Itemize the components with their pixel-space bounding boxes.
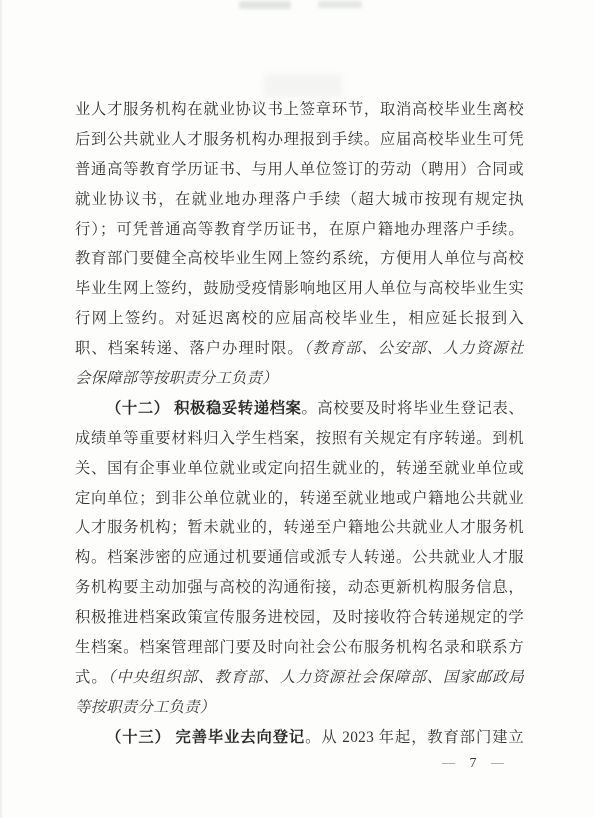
text-line: 就业协议书，在就业地办理落户手续（超大城市按现有规定执 [75,185,524,215]
text-segment: 就业协议书，在就业地办理落户手续（超大城市按现有规定执 [75,191,524,208]
text-line: 行）；可凭普通高等教育学历证书，在原户籍地办理落户手续。 [75,215,524,245]
text-segment: 行网上签约。对延迟离校的应届高校毕业生，相应延长报到入 [75,310,524,327]
scan-edge-shadow [0,0,3,818]
text-segment: 人才服务机构；暂未就业的，转递至户籍地公共就业人才服务机 [75,519,524,536]
text-line: 式。（中央组织部、教育部、人力资源社会保障部、国家邮政局 [75,663,524,693]
text-segment: 关、国有企事业单位就业或定向招生就业的，转递至就业单位或 [75,460,524,477]
text-segment: 构。档案涉密的应通过机要通信或派专人转递。公共就业人才服 [75,549,524,566]
text-line: 普通高等教育学历证书、与用人单位签订的劳动（聘用）合同或 [75,155,524,185]
text-line: 职、档案转递、落户办理时限。（教育部、公安部、人力资源社 [75,334,524,364]
text-segment: （中央组织部、教育部、人力资源社会保障部、国家邮政局 [108,669,524,686]
text-segment: 成绩单等重要材料归入学生档案，按照有关规定有序转递。到机 [75,430,524,447]
text-line: 成绩单等重要材料归入学生档案，按照有关规定有序转递。到机 [75,424,524,454]
scan-artifact [318,1,362,8]
text-segment: 式。 [75,669,108,686]
text-segment: 定向单位；到非公单位就业的，转递至就业地或户籍地公共就业 [75,490,524,507]
text-line: 关、国有企事业单位就业或定向招生就业的，转递至就业单位或 [75,454,524,484]
text-segment: 职、档案转递、落户办理时限。 [75,340,304,357]
scanned-document-page: 业人才服务机构在就业协议书上签章环节，取消高校毕业生离校后到公共就业人才服务机构… [0,0,595,818]
text-segment: 业人才服务机构在就业协议书上签章环节，取消高校毕业生离校 [75,101,524,118]
text-line: 行网上签约。对延迟离校的应届高校毕业生，相应延长报到入 [75,304,524,334]
text-segment: （教育部、公安部、人力资源社 [304,340,524,357]
text-line: 会保障部等按职责分工负责） [75,364,524,394]
text-segment: （十二） 积极稳妥转递档案 [106,400,301,417]
text-line: 后到公共就业人才服务机构办理报到手续。应届高校毕业生可凭 [75,125,524,155]
text-segment: 行）；可凭普通高等教育学历证书，在原户籍地办理落户手续。 [75,221,524,238]
page-footer: — 7 — [442,753,504,773]
scan-artifact [239,1,291,9]
text-segment: 生档案。档案管理部门要及时向社会公布服务机构名录和联系方 [75,639,524,656]
text-line: 构。档案涉密的应通过机要通信或派专人转递。公共就业人才服 [75,543,524,573]
text-line: （十二） 积极稳妥转递档案。高校要及时将毕业生登记表、 [75,394,524,424]
text-line: 务机构要主动加强与高校的沟通衔接，动态更新机构服务信息， [75,573,524,603]
text-line: 积极推进档案政策宣传服务进校园，及时接收符合转递规定的学 [75,603,524,633]
text-segment: 积极推进档案政策宣传服务进校园，及时接收符合转递规定的学 [75,609,524,626]
text-segment: 后到公共就业人才服务机构办理报到手续。应届高校毕业生可凭 [75,131,524,148]
text-segment: 。高校要及时将毕业生登记表、 [301,400,524,417]
text-segment: （十三） 完善毕业去向登记 [106,729,305,746]
text-segment: 务机构要主动加强与高校的沟通衔接，动态更新机构服务信息， [75,579,524,596]
text-segment: 等按职责分工负责） [75,699,215,716]
text-line: （十三） 完善毕业去向登记。从 2023 年起，教育部门建立高 [75,723,524,753]
text-line: 教育部门要健全高校毕业生网上签约系统，方便用人单位与高校 [75,244,524,274]
text-segment: 会保障部等按职责分工负责） [75,370,278,387]
footer-dash-left: — [442,757,455,770]
text-line: 生档案。档案管理部门要及时向社会公布服务机构名录和联系方 [75,633,524,663]
page-number: 7 [470,755,477,771]
footer-dash-right: — [491,757,504,770]
text-line: 人才服务机构；暂未就业的，转递至户籍地公共就业人才服务机 [75,513,524,543]
text-line: 等按职责分工负责） [75,693,524,723]
text-block: 业人才服务机构在就业协议书上签章环节，取消高校毕业生离校后到公共就业人才服务机构… [75,95,524,753]
text-segment: 教育部门要健全高校毕业生网上签约系统，方便用人单位与高校 [75,250,524,267]
text-line: 业人才服务机构在就业协议书上签章环节，取消高校毕业生离校 [75,95,524,125]
text-line: 毕业生网上签约，鼓励受疫情影响地区用人单位与高校毕业生实 [75,274,524,304]
text-segment: 普通高等教育学历证书、与用人单位签订的劳动（聘用）合同或 [75,161,524,178]
text-segment: 毕业生网上签约，鼓励受疫情影响地区用人单位与高校毕业生实 [75,280,524,297]
text-line: 定向单位；到非公单位就业的，转递至就业地或户籍地公共就业 [75,484,524,514]
